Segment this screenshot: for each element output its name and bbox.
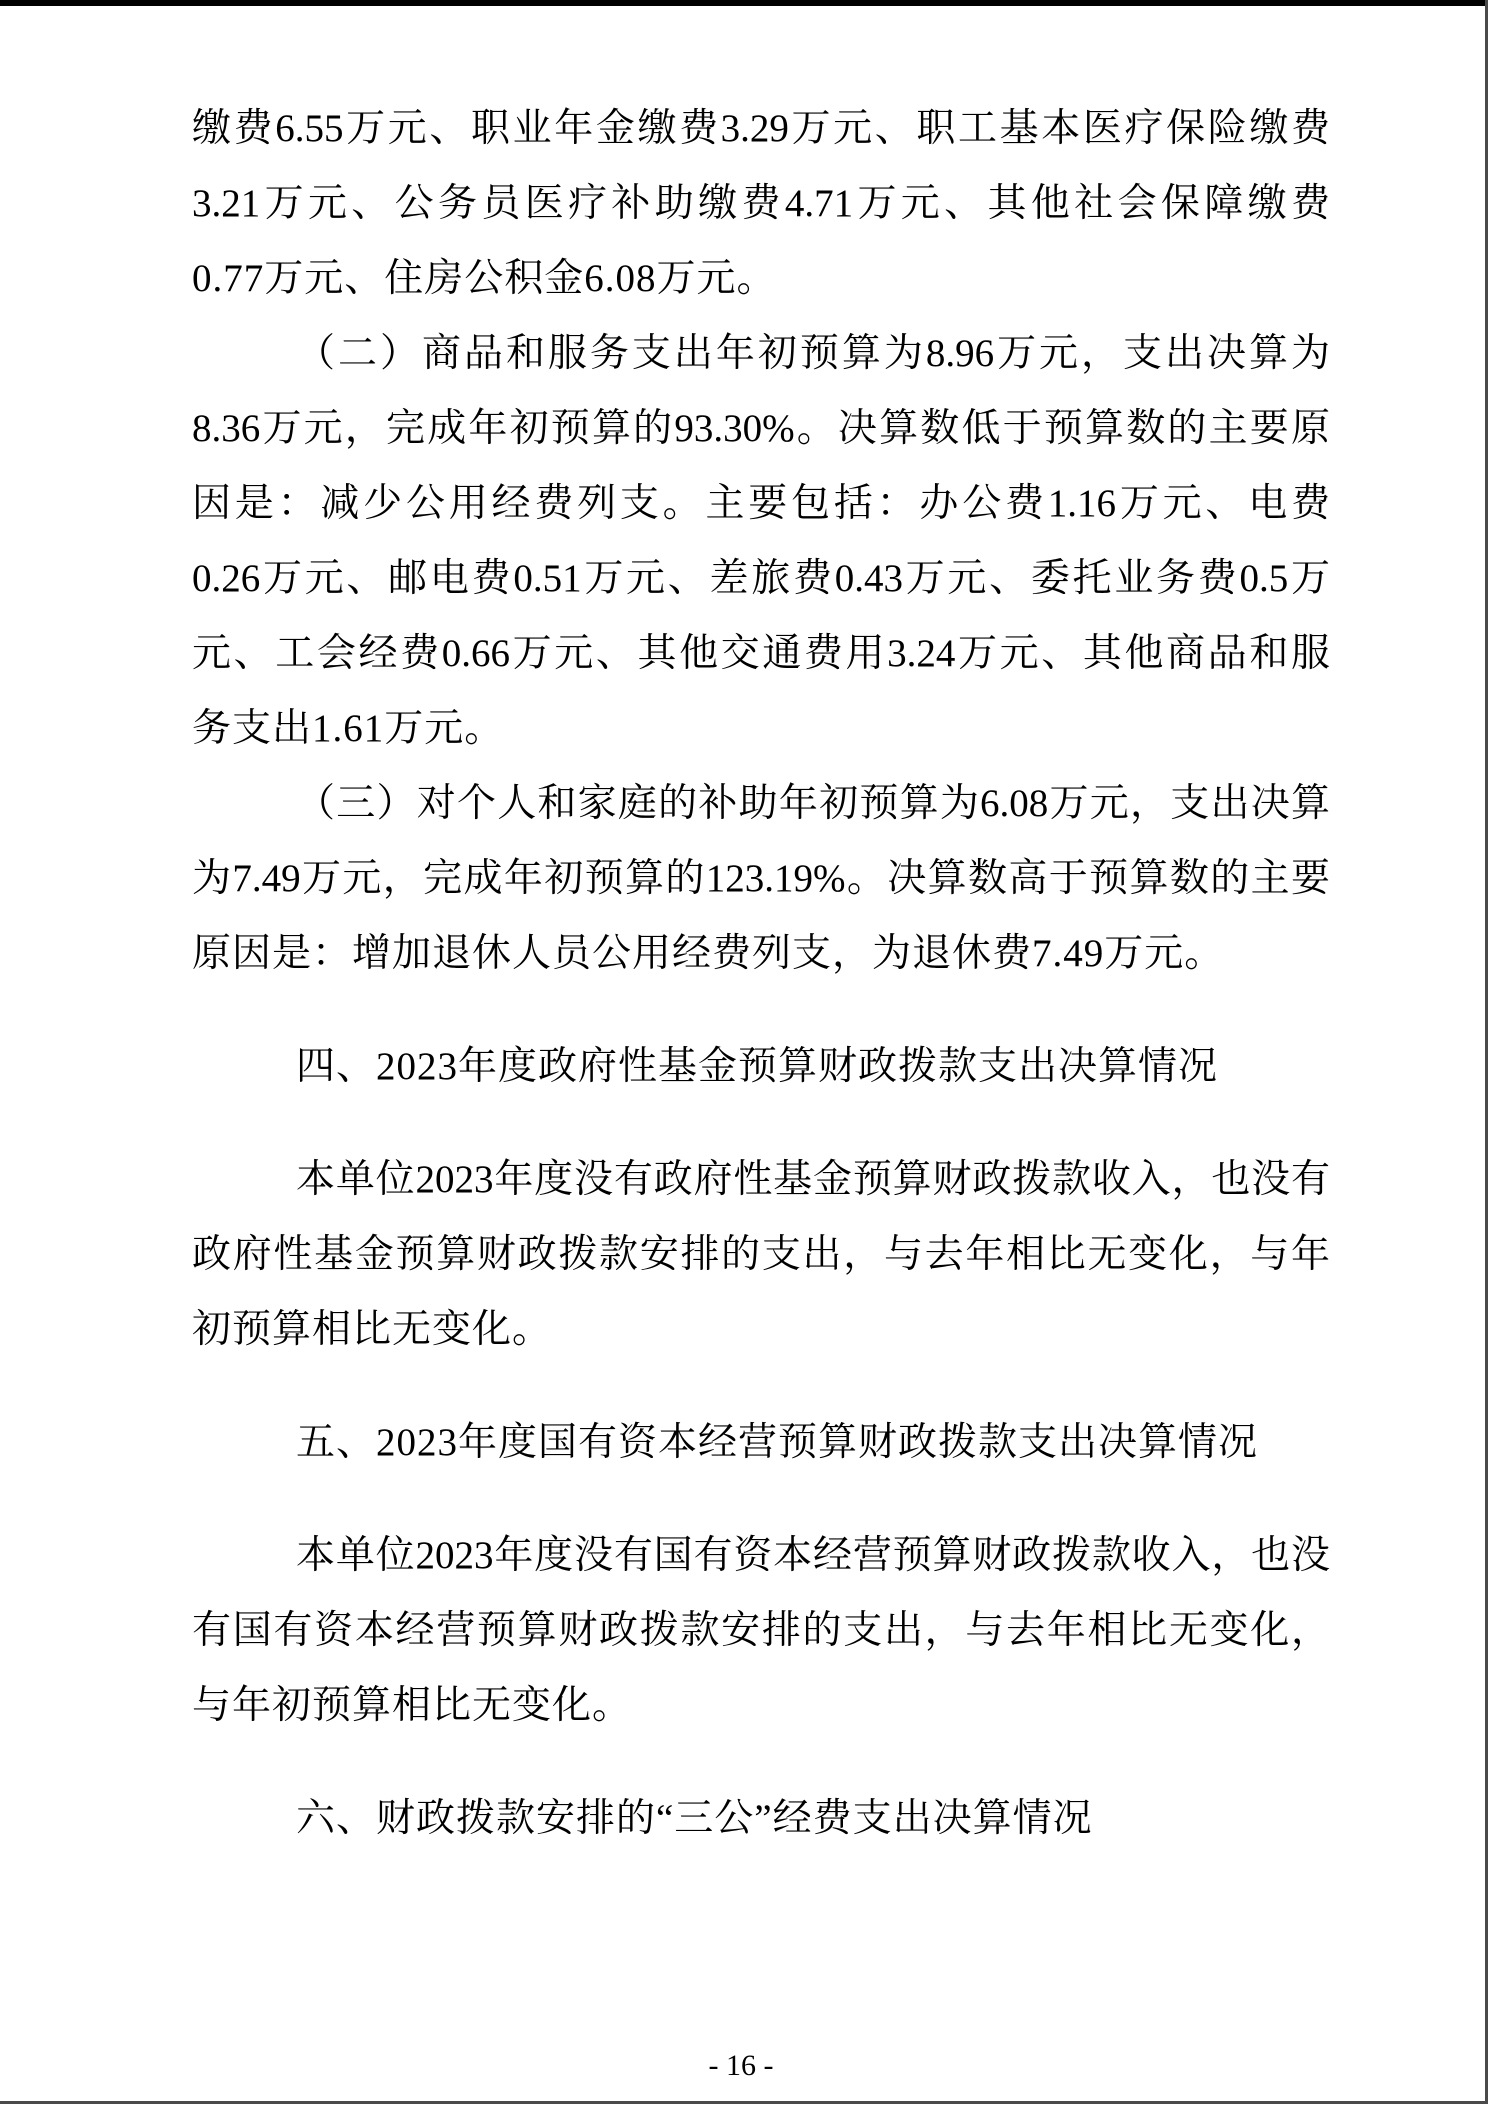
document-page: 缴费6.55万元、职业年金缴费3.29万元、职工基本医疗保险缴费3.21万元、公… [0, 0, 1488, 2104]
text-line: 政府性基金预算财政拨款安排的支出，与去年相比无变化，与年 [192, 1217, 1330, 1292]
text-line: 有国有资本经营预算财政拨款安排的支出，与去年相比无变化， [192, 1593, 1330, 1668]
section-heading: 五、2023年度国有资本经营预算财政拨款支出决算情况 [192, 1405, 1330, 1480]
text-line: 缴费6.55万元、职业年金缴费3.29万元、职工基本医疗保险缴费 [192, 91, 1330, 166]
text-line: 因是：减少公用经费列支。主要包括：办公费1.16万元、电费 [192, 466, 1330, 541]
text-line: 0.77万元、住房公积金6.08万元。 [192, 241, 1330, 316]
page-number: - 16 - [0, 2046, 1482, 2086]
text-line: （三）对个人和家庭的补助年初预算为6.08万元，支出决算 [192, 766, 1330, 841]
section-heading: 四、2023年度政府性基金预算财政拨款支出决算情况 [192, 1029, 1330, 1104]
text-line: 初预算相比无变化。 [192, 1292, 1330, 1367]
text-line: 原因是：增加退休人员公用经费列支，为退休费7.49万元。 [192, 916, 1330, 991]
text-line: 与年初预算相比无变化。 [192, 1668, 1330, 1743]
text-line: 3.21万元、公务员医疗补助缴费4.71万元、其他社会保障缴费 [192, 166, 1330, 241]
text-line: 本单位2023年度没有国有资本经营预算财政拨款收入，也没 [192, 1518, 1330, 1593]
text-line: 8.36万元，完成年初预算的93.30%。决算数低于预算数的主要原 [192, 391, 1330, 466]
text-line: 0.26万元、邮电费0.51万元、差旅费0.43万元、委托业务费0.5万 [192, 541, 1330, 616]
text-line: 为7.49万元，完成年初预算的123.19%。决算数高于预算数的主要 [192, 841, 1330, 916]
document-text-area: 缴费6.55万元、职业年金缴费3.29万元、职工基本医疗保险缴费3.21万元、公… [192, 91, 1330, 1894]
text-line: 元、工会经费0.66万元、其他交通费用3.24万元、其他商品和服 [192, 616, 1330, 691]
text-line: 务支出1.61万元。 [192, 691, 1330, 766]
section-heading: 六、财政拨款安排的“三公”经费支出决算情况 [192, 1781, 1330, 1856]
text-line: 本单位2023年度没有政府性基金预算财政拨款收入，也没有 [192, 1142, 1330, 1217]
text-line: （二）商品和服务支出年初预算为8.96万元，支出决算为 [192, 316, 1330, 391]
scan-edge-top [0, 0, 1488, 6]
